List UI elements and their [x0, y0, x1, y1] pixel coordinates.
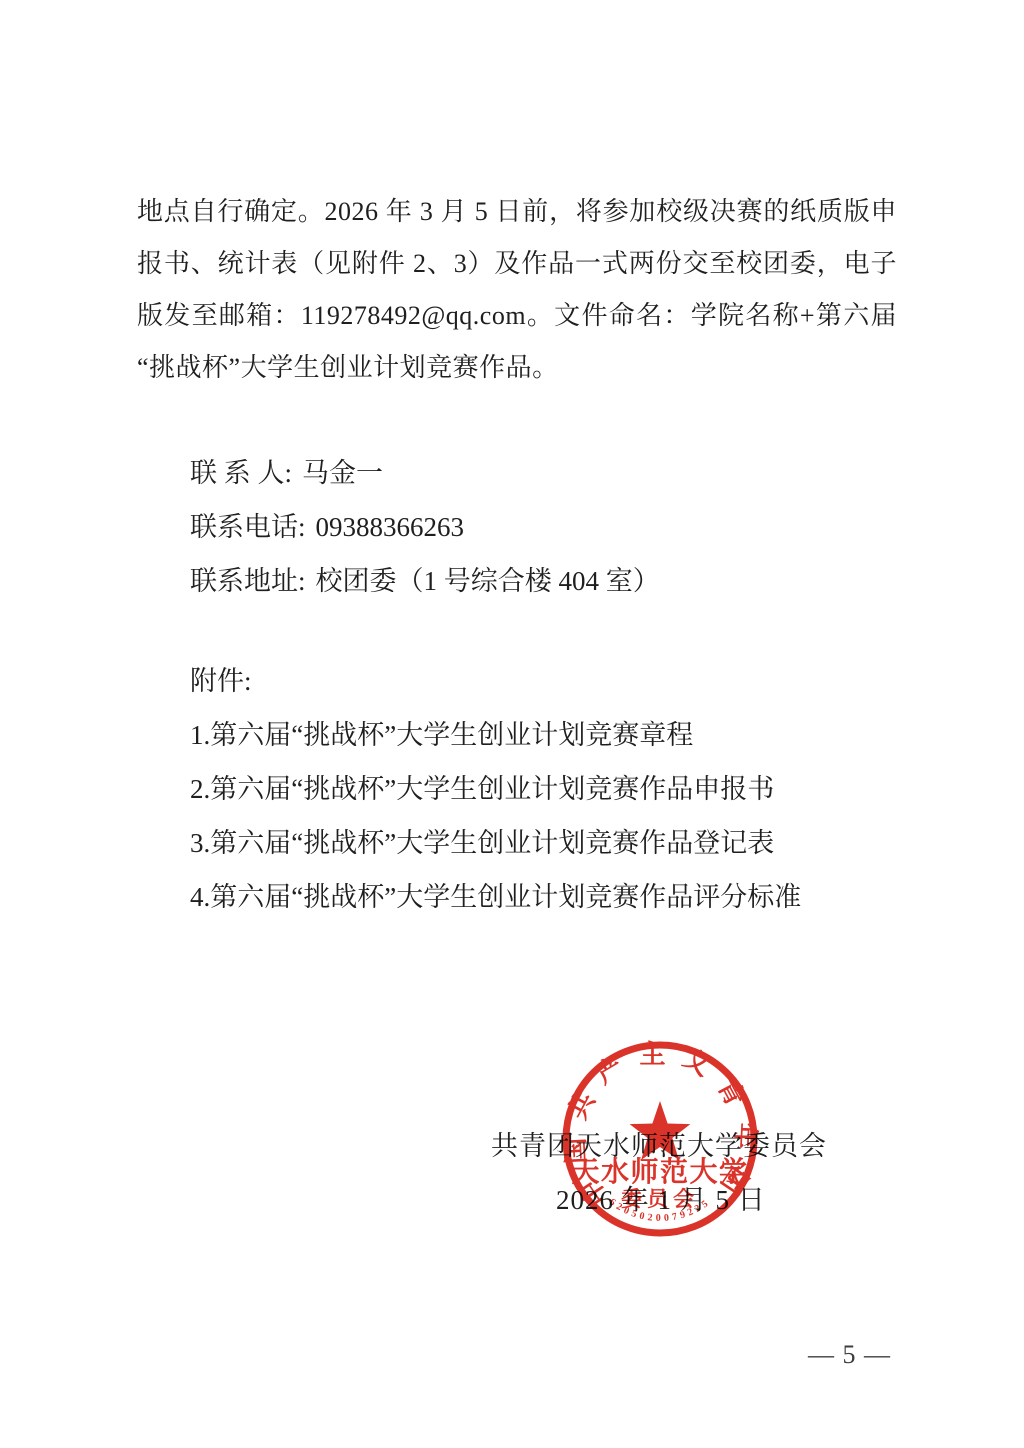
body-line-2: 报书、统计表（见附件 2、3）及作品一式两份交至校团委，电子 — [137, 238, 897, 290]
contact-address-value: 校团委（1 号综合楼 404 室） — [316, 566, 660, 596]
contact-phone-label: 联系电话: — [190, 500, 306, 554]
issue-date: 2026 年 1 月 5 日 — [556, 1178, 766, 1217]
document-page: 地点自行确定。2026 年 3 月 5 日前，将参加校级决赛的纸质版申 报书、统… — [0, 0, 1024, 1448]
attachment-item-1: 1.第六届“挑战杯”大学生创业计划竞赛章程 — [190, 708, 801, 762]
attachment-item-2: 2.第六届“挑战杯”大学生创业计划竞赛作品申报书 — [190, 762, 801, 816]
page-number: — 5 — — [808, 1340, 891, 1370]
contact-phone-row: 联系电话:09388366263 — [190, 500, 660, 554]
attachments-title: 附件: — [190, 654, 801, 708]
body-paragraph: 地点自行确定。2026 年 3 月 5 日前，将参加校级决赛的纸质版申 报书、统… — [137, 186, 897, 394]
contact-person-value: 马金一 — [302, 458, 383, 488]
contact-person-label: 联 系 人: — [190, 446, 292, 500]
body-line-3: 版发至邮箱：119278492@qq.com。文件命名：学院名称+第六届 — [137, 290, 897, 342]
contact-info: 联 系 人:马金一 联系电话:09388366263 联系地址:校团委（1 号综… — [190, 446, 660, 608]
contact-phone-value: 09388366263 — [316, 512, 465, 542]
body-line-4: “挑战杯”大学生创业计划竞赛作品。 — [137, 342, 897, 394]
attachment-item-3: 3.第六届“挑战杯”大学生创业计划竞赛作品登记表 — [190, 816, 801, 870]
attachment-item-4: 4.第六届“挑战杯”大学生创业计划竞赛作品评分标准 — [190, 870, 801, 924]
contact-address-label: 联系地址: — [190, 554, 306, 608]
attachments-list: 附件: 1.第六届“挑战杯”大学生创业计划竞赛章程 2.第六届“挑战杯”大学生创… — [190, 654, 801, 924]
contact-person-row: 联 系 人:马金一 — [190, 446, 660, 500]
issuing-org-signature: 共青团天水师范大学委员会 — [491, 1124, 827, 1163]
contact-address-row: 联系地址:校团委（1 号综合楼 404 室） — [190, 554, 660, 608]
body-line-1: 地点自行确定。2026 年 3 月 5 日前，将参加校级决赛的纸质版申 — [137, 186, 897, 238]
